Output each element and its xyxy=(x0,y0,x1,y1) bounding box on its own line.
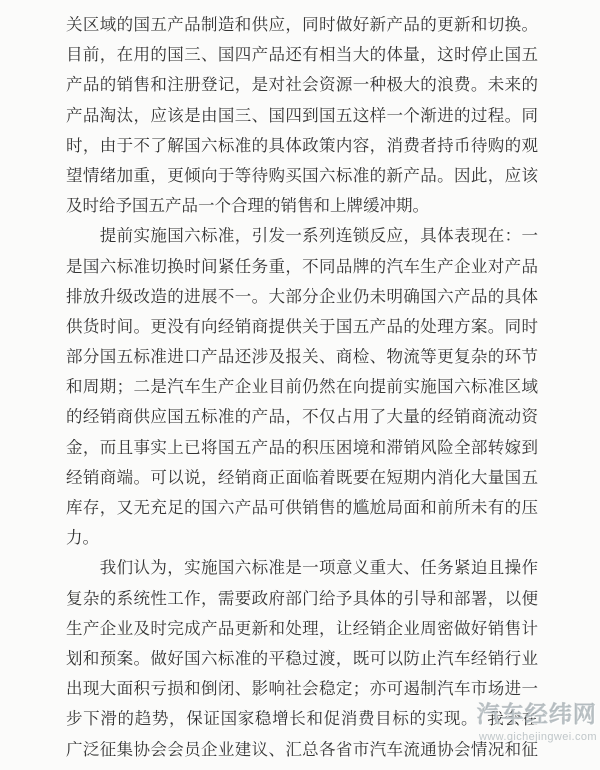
text-line: 部分国五标准进口产品还涉及报关、商检、物流等更复杂的环节 xyxy=(66,342,538,372)
text-line: 的经销商供应国五标准的产品，不仅占用了大量的经销商流动资 xyxy=(66,402,538,432)
text-line: 目前，在用的国三、国四产品还有相当大的体量，这时停止国五 xyxy=(66,40,538,70)
text-line: 经销商端。可以说，经销商正面临着既要在短期内消化大量国五 xyxy=(66,463,538,493)
text-line: 及时给予国五产品一个合理的销售和上牌缓冲期。 xyxy=(66,191,538,221)
text-line: 供货时间。更没有向经销商提供关于国五产品的处理方案。同时 xyxy=(66,312,538,342)
text-line: 排放升级改造的进展不一。大部分企业仍未明确国六产品的具体 xyxy=(66,282,538,312)
text-line: 步下滑的趋势，保证国家稳增长和促消费目标的实现。 我会在 xyxy=(66,704,538,734)
text-line: 力。 xyxy=(66,523,538,553)
text-line: 生产企业及时完成产品更新和处理，让经销企业周密做好销售计 xyxy=(66,614,538,644)
text-line: 提前实施国六标准，引发一系列连锁反应，具体表现在：一 xyxy=(66,221,538,251)
text-line: 望情绪加重，更倾向于等待购买国六标准的新产品。因此，应该 xyxy=(66,161,538,191)
text-line: 和周期；二是汽车生产企业目前仍然在向提前实施国六标准区域 xyxy=(66,372,538,402)
text-line: 出现大面积亏损和倒闭、影响社会稳定；亦可遏制汽车市场进一 xyxy=(66,674,538,704)
text-line: 是国六标准切换时间紧任务重，不同品牌的汽车生产企业对产品 xyxy=(66,252,538,282)
text-line: 关区域的国五产品制造和供应，同时做好新产品的更新和切换。 xyxy=(66,10,538,40)
text-line: 广泛征集协会会员企业建议、汇总各省市汽车流通协会情况和征 xyxy=(66,735,538,765)
text-line: 时，由于不了解国六标准的具体政策内容，消费者持币待购的观 xyxy=(66,131,538,161)
text-line: 产品淘汰，应该是由国三、国四到国五这样一个渐进的过程。同 xyxy=(66,101,538,131)
text-line: 复杂的系统性工作，需要政府部门给予具体的引导和部署，以便 xyxy=(66,584,538,614)
text-line: 库存，又无充足的国六产品可供销售的尴尬局面和前所未有的压 xyxy=(66,493,538,523)
document-page: 关区域的国五产品制造和供应，同时做好新产品的更新和切换。目前，在用的国三、国四产… xyxy=(0,0,600,770)
text-line: 金，而且事实上已将国五产品的积压困境和滞销风险全部转嫁到 xyxy=(66,433,538,463)
text-line: 划和预案。做好国六标准的平稳过渡，既可以防止汽车经销行业 xyxy=(66,644,538,674)
text-line: 产品的销售和注册登记，是对社会资源一种极大的浪费。未来的 xyxy=(66,70,538,100)
document-text: 关区域的国五产品制造和供应，同时做好新产品的更新和切换。目前，在用的国三、国四产… xyxy=(66,10,538,765)
text-line: 我们认为，实施国六标准是一项意义重大、任务紧迫且操作 xyxy=(66,553,538,583)
